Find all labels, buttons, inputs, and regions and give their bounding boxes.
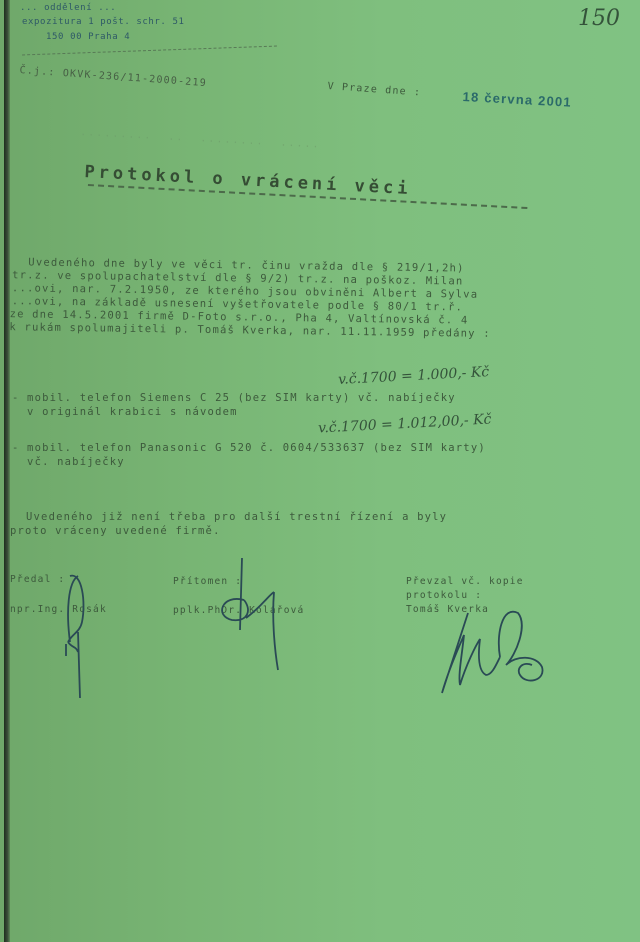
binding-edge <box>4 0 10 942</box>
item-line: vč. nabíječky <box>12 456 125 469</box>
signature-label: Předal : <box>10 573 65 586</box>
place-date-label: V Praze dne : <box>327 80 422 100</box>
signature-label: protokolu : <box>406 589 482 602</box>
closing-line: proto vráceny uvedené firmě. <box>10 525 221 538</box>
handwritten-value-note: v.č.1700 = 1.012,00,- Kč <box>318 411 492 436</box>
closing-line: Uvedeného již není třeba pro další trest… <box>26 511 447 524</box>
office-line-1: ... oddělení ... <box>20 2 116 15</box>
office-line-3: 150 00 Praha 4 <box>46 31 130 44</box>
office-line-2: expozitura 1 pošt. schr. 51 <box>22 16 185 29</box>
date-stamp: 18 června 2001 <box>462 90 572 109</box>
item-line: - mobil. telefon Siemens C 25 (bez SIM k… <box>12 392 456 405</box>
page-number: 150 <box>578 6 620 31</box>
show-through-text: ········· ·· ········ ····· <box>80 130 321 154</box>
signature-label: Převzal vč. kopie <box>406 575 524 588</box>
reference-number: Č.j.: OKVK-236/11-2000-219 <box>19 64 207 90</box>
signature-scribble <box>212 556 292 676</box>
handwritten-value-note: v.č.1700 = 1.000,- Kč <box>338 364 490 388</box>
item-line: - mobil. telefon Panasonic G 520 č. 0604… <box>12 442 486 455</box>
item-line: v originál krabici s návodem <box>12 406 238 419</box>
header-divider <box>22 46 277 56</box>
signature-scribble <box>60 572 100 702</box>
signature-scribble <box>436 605 566 705</box>
